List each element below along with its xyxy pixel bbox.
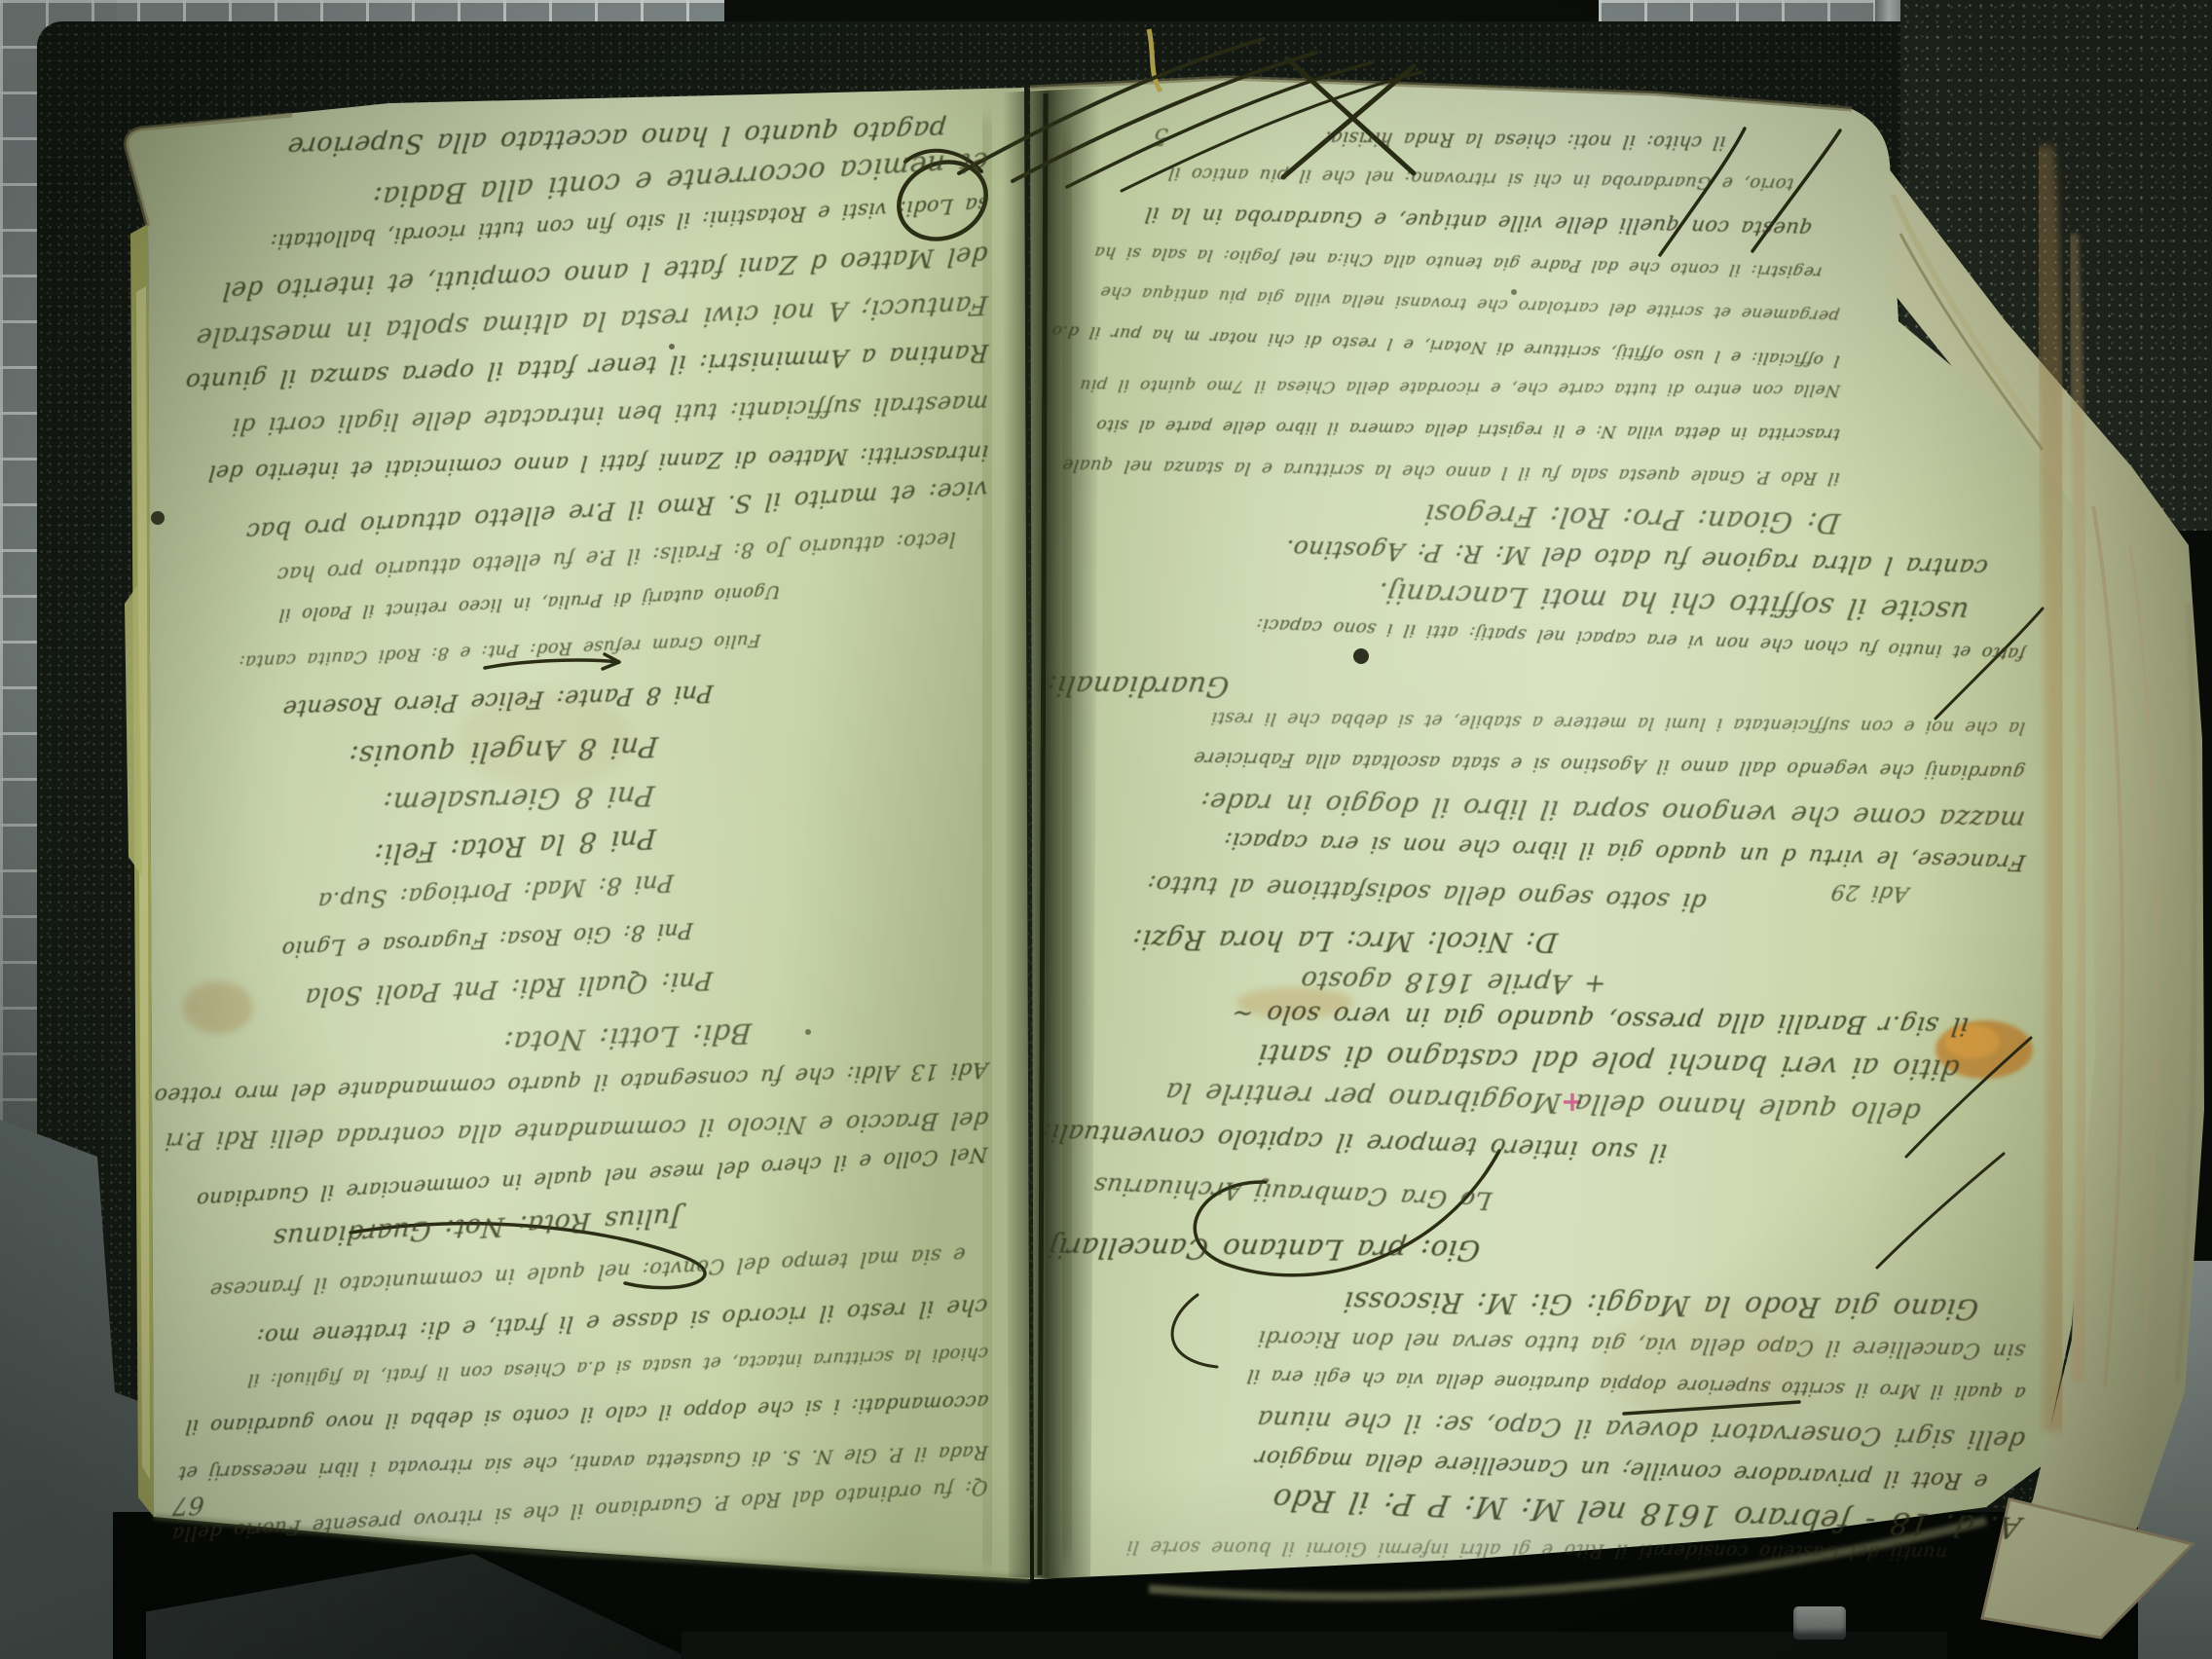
manuscript-line: guardianij che vegendo dall anno il Agos… <box>1193 749 2026 782</box>
manuscript-line: delli sigri Conservatori doveva il Capo,… <box>1255 1406 2026 1453</box>
manuscript-line: D: Nicol: Mrc: La hora Rgzi: <box>1131 925 1560 955</box>
manuscript-line: Nella con entro di tutta carte che, e ri… <box>1079 376 1841 397</box>
manuscript-line: questa con quelli delle ville antique, e… <box>1144 203 1814 239</box>
manuscript-line: 5 <box>1152 125 1170 148</box>
manuscript-line: D: Gioan: Pro: Rol: Fregosi <box>1422 499 1842 537</box>
archival-photo-scene: Q: fu ordinato dal Rdo P. Guardiano il c… <box>0 0 2212 1659</box>
folio-number: 67 <box>172 1493 205 1518</box>
manuscript-line: ditio ai veri banchi pole dal castagno d… <box>1256 1040 1961 1084</box>
manuscript-line: dello quale hanno della Moggibrano per r… <box>1163 1078 1922 1126</box>
manuscript-line: cantra l altra ragione fu dato del M: R:… <box>1284 536 1990 580</box>
manuscript-line: Guardianali: <box>1045 671 1231 700</box>
manuscript-line: l officiali: e l uso offitij, scritture … <box>1051 322 1841 369</box>
manuscript-line: pergamene et scritte del cartolaro che t… <box>1099 282 1841 323</box>
manuscript-line: Gio: pra Lantano Cancellarij <box>1047 1233 1482 1264</box>
manuscript-line: la che noi e con sufficientata i lumi la… <box>1210 709 2026 736</box>
manuscript-line: torio, e Guardaroba in chi si ritrovano;… <box>1167 164 1795 192</box>
manuscript-line: registri: il conto che dal Padre gia ten… <box>1093 243 1824 280</box>
manuscript-line: trascritta in detta villa N: e li regist… <box>1095 416 1841 441</box>
manuscript-line: a quali il Mro il scritto superiore dopp… <box>1245 1366 2026 1402</box>
manuscript-line: A. d. 18 - febraro 1618 nel M: M: P P: i… <box>1271 1483 2023 1541</box>
right-page-text: nuntij del Castello considerati il Rito … <box>0 0 2212 1659</box>
manuscript-line: Lo Gra Cambrauij Archiuarius <box>1091 1173 1493 1213</box>
manuscript-line: mazza come che vengono sopra il libro il… <box>1198 788 2026 832</box>
manuscript-line: il sig.r Baralli alla presso, quando gia… <box>1230 1000 1970 1038</box>
manuscript-line: uscite il soffitto chi ha moti Lancranij… <box>1376 578 1971 626</box>
manuscript-line: il suo intiero tempore il capitolo conve… <box>1040 1119 1669 1164</box>
manuscript-line: il chito: il noti: chiesa la Rnda hirisi… <box>1322 128 1726 151</box>
manuscript-line: di sotto segno della sodisfattione al tu… <box>1145 872 1708 915</box>
manuscript-line: Giano gia Rodo la Maggi: Gi: M: Riscossi <box>1342 1287 1980 1323</box>
manuscript-line: sin Cancelliere il Capo della via, gia t… <box>1256 1326 2026 1361</box>
manuscript-line: il Rdo P. Gnale questa sala fu il l anno… <box>1061 456 1841 487</box>
manuscript-line: nuntij del Castello considerati il Rito … <box>1125 1537 1949 1562</box>
manuscript-line: + Aprile 1618 agosto <box>1300 967 1608 997</box>
manuscript-line: Adi 29 <box>1829 880 1910 904</box>
manuscript-line: Francese, le virtu d un quado gia il lib… <box>1222 829 2026 873</box>
